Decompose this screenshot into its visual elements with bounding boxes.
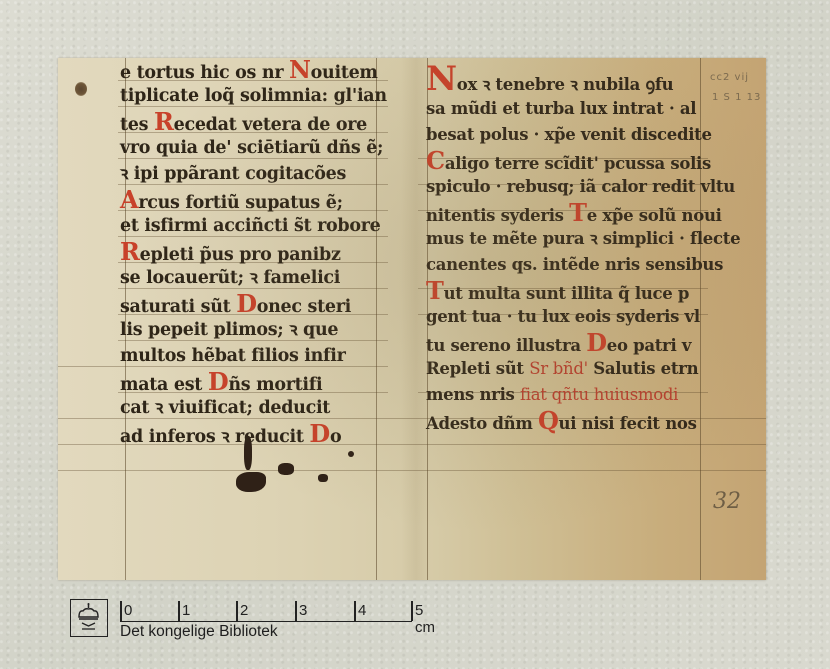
text-line: canentes qs. intẽde nris sensibus	[426, 254, 723, 276]
scale-tick-label: 1	[182, 602, 190, 619]
scale-bar: 0 1 2 3 4	[120, 601, 412, 622]
text-line: tes Recedat vetera de ore	[120, 111, 367, 136]
text-line: et isfirmi acciñcti s̃t robore	[120, 215, 380, 237]
text-line: tiplicate loq̃ solimnia: gl'ian	[120, 85, 387, 107]
scale-tick-label: 3	[299, 602, 307, 619]
text-line: Tut multa sunt illita q̃ luce p	[426, 280, 689, 305]
text-line: gent tua · tu lux eois syderis vl	[426, 306, 700, 328]
text-line: vro quia de' sciētiarũ dñs ẽ;	[120, 137, 383, 159]
scale-tick	[354, 601, 356, 621]
text-line: Arcus fortiũ supatus ẽ;	[120, 189, 343, 214]
scale-tick	[411, 601, 413, 621]
scale-tick	[120, 601, 122, 621]
text-line: multos hẽbat filios infir	[120, 345, 346, 367]
text-line: mata est Dñs mortifi	[120, 371, 322, 396]
text-line: ad inferos ꝛ reducit Do	[120, 423, 341, 448]
scale-tick	[236, 601, 238, 621]
wormhole	[75, 82, 87, 96]
scale-end-label: 5 cm	[415, 602, 435, 636]
text-line: mus te mẽte pura ꝛ simplici · flecte	[426, 228, 740, 250]
text-line: cat ꝛ viuificat; deducit	[120, 397, 330, 419]
text-line: mens nris fiat qñtu huiusmodi	[426, 384, 678, 406]
text-line: sa mũdi et turba lux intrat · al	[426, 98, 696, 120]
ink-stain	[236, 472, 266, 492]
text-line: ꝛ ipi ppãrant cogitacões	[120, 163, 346, 185]
text-line: saturati sũt Donec steri	[120, 293, 351, 318]
text-line: Nox ꝛ tenebre ꝛ nubila ꝯfu	[426, 68, 673, 96]
text-line: besat polus · xp̃e venit discedite	[426, 124, 712, 146]
crown-logo-icon	[70, 599, 108, 637]
text-line: Repleti sũt Sr bñd' Salutis etrn	[426, 358, 698, 380]
ink-stain	[278, 463, 294, 475]
ink-stain	[318, 474, 328, 482]
institution-name: Det kongelige Bibliotek	[120, 623, 278, 641]
margin-note: cc2 vij	[710, 72, 749, 83]
ink-stain	[348, 451, 354, 457]
text-line: Repleti p̃us pro panibz	[120, 241, 341, 266]
text-line: tu sereno illustra Deo patri v	[426, 332, 691, 357]
margin-note: 1 S 1 13	[712, 92, 761, 103]
scale-tick-label: 4	[358, 602, 366, 619]
scale-tick-label: 2	[240, 602, 248, 619]
ruling-line	[58, 470, 766, 471]
text-line: Adesto dñm Qui nisi fecit nos	[426, 410, 697, 435]
text-line: Caligo terre scĩdit' pcussa solis	[426, 150, 711, 175]
scale-tick	[178, 601, 180, 621]
text-line: lis pepeit plimos; ꝛ que	[120, 319, 338, 341]
scale-tick	[295, 601, 297, 621]
scale-tick-label: 0	[124, 602, 132, 619]
text-line: nitentis syderis Te xp̃e solũ noui	[426, 202, 722, 227]
text-line: se locauerũt; ꝛ famelici	[120, 267, 340, 289]
text-line: spiculo · rebusq; iã calor redit vltu	[426, 176, 735, 198]
manuscript-fragment: e tortus hic os nr Nouitem tiplicate loq…	[58, 58, 766, 580]
text-line: e tortus hic os nr Nouitem	[120, 59, 378, 84]
folio-number: 32	[713, 489, 741, 514]
